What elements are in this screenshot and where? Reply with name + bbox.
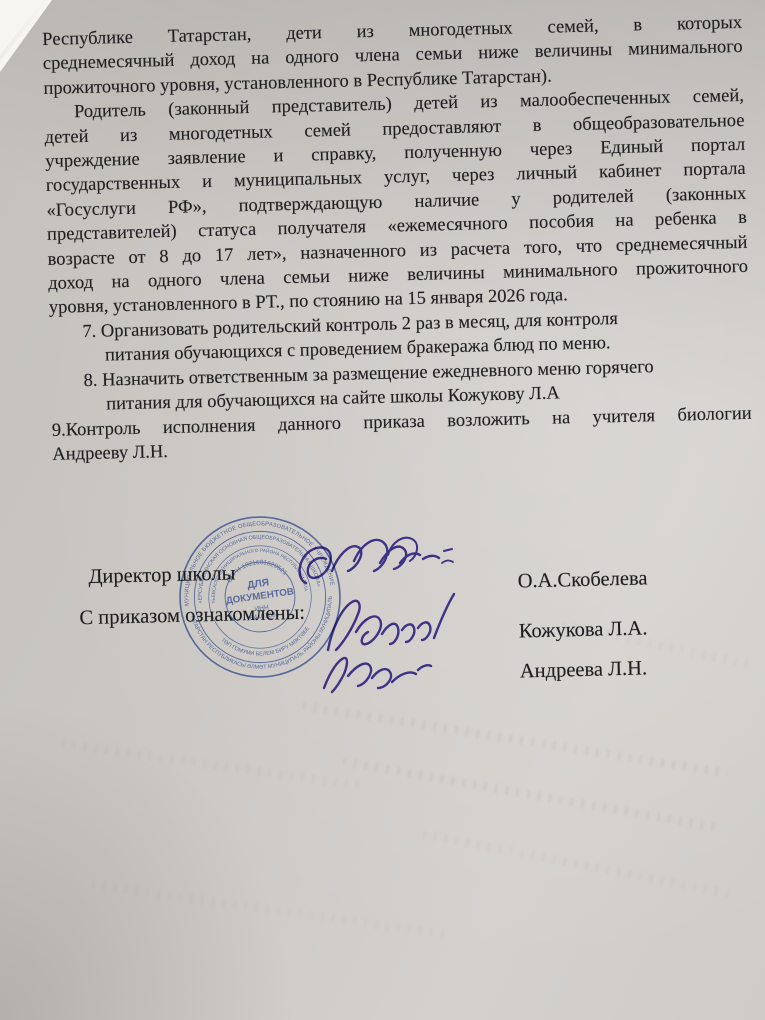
- bleed-through-streak: [91, 880, 449, 939]
- typed-text-layer: Республике Татарстан, дети из многодетны…: [42, 11, 753, 467]
- bleed-through-streak: [61, 739, 359, 790]
- stamp-center-line4: 164401001: [246, 611, 280, 623]
- signatory-name-2: Андреева Л.Н.: [520, 656, 648, 684]
- bleed-through-streak: [342, 757, 718, 832]
- photo-of-document: { "document": { "body_lines": [ {"text":…: [0, 0, 765, 1020]
- bleed-through-streak: [422, 830, 738, 900]
- acknowledged-signature-ink-2: [318, 648, 433, 700]
- document-body: Республике Татарстан, дети из многодетны…: [42, 11, 753, 467]
- signatory-name-director: О.А.Скобелева: [517, 566, 647, 594]
- document-sheet: Республике Татарстан, дети из многодетны…: [0, 0, 765, 1020]
